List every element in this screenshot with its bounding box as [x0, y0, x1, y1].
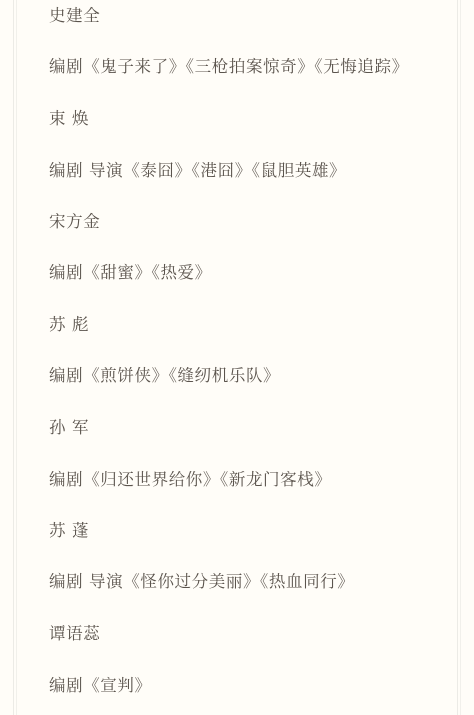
person-name: 宋方金	[49, 210, 100, 234]
person-name: 谭语蕊	[49, 622, 100, 646]
person-credits: 编剧《宣判》	[49, 674, 152, 698]
person-name: 史建全	[49, 4, 100, 28]
person-name: 束 焕	[49, 107, 89, 131]
person-name: 苏 蓬	[49, 519, 89, 543]
person-credits: 编剧《归还世界给你》《新龙门客栈》	[49, 468, 331, 492]
right-border	[457, 0, 461, 715]
person-credits: 编剧《鬼子来了》《三枪拍案惊奇》《无悔追踪》	[49, 55, 409, 79]
person-credits: 编剧《甜蜜》《热爱》	[49, 261, 212, 285]
left-border	[13, 0, 17, 715]
person-credits: 编剧《煎饼侠》《缝纫机乐队》	[49, 364, 280, 388]
person-name: 孙 军	[49, 416, 89, 440]
person-credits: 编剧 导演《泰囧》《港囧》《鼠胆英雄》	[49, 159, 346, 183]
person-credits: 编剧 导演《怪你过分美丽》《热血同行》	[49, 570, 354, 594]
person-name: 苏 彪	[49, 313, 89, 337]
